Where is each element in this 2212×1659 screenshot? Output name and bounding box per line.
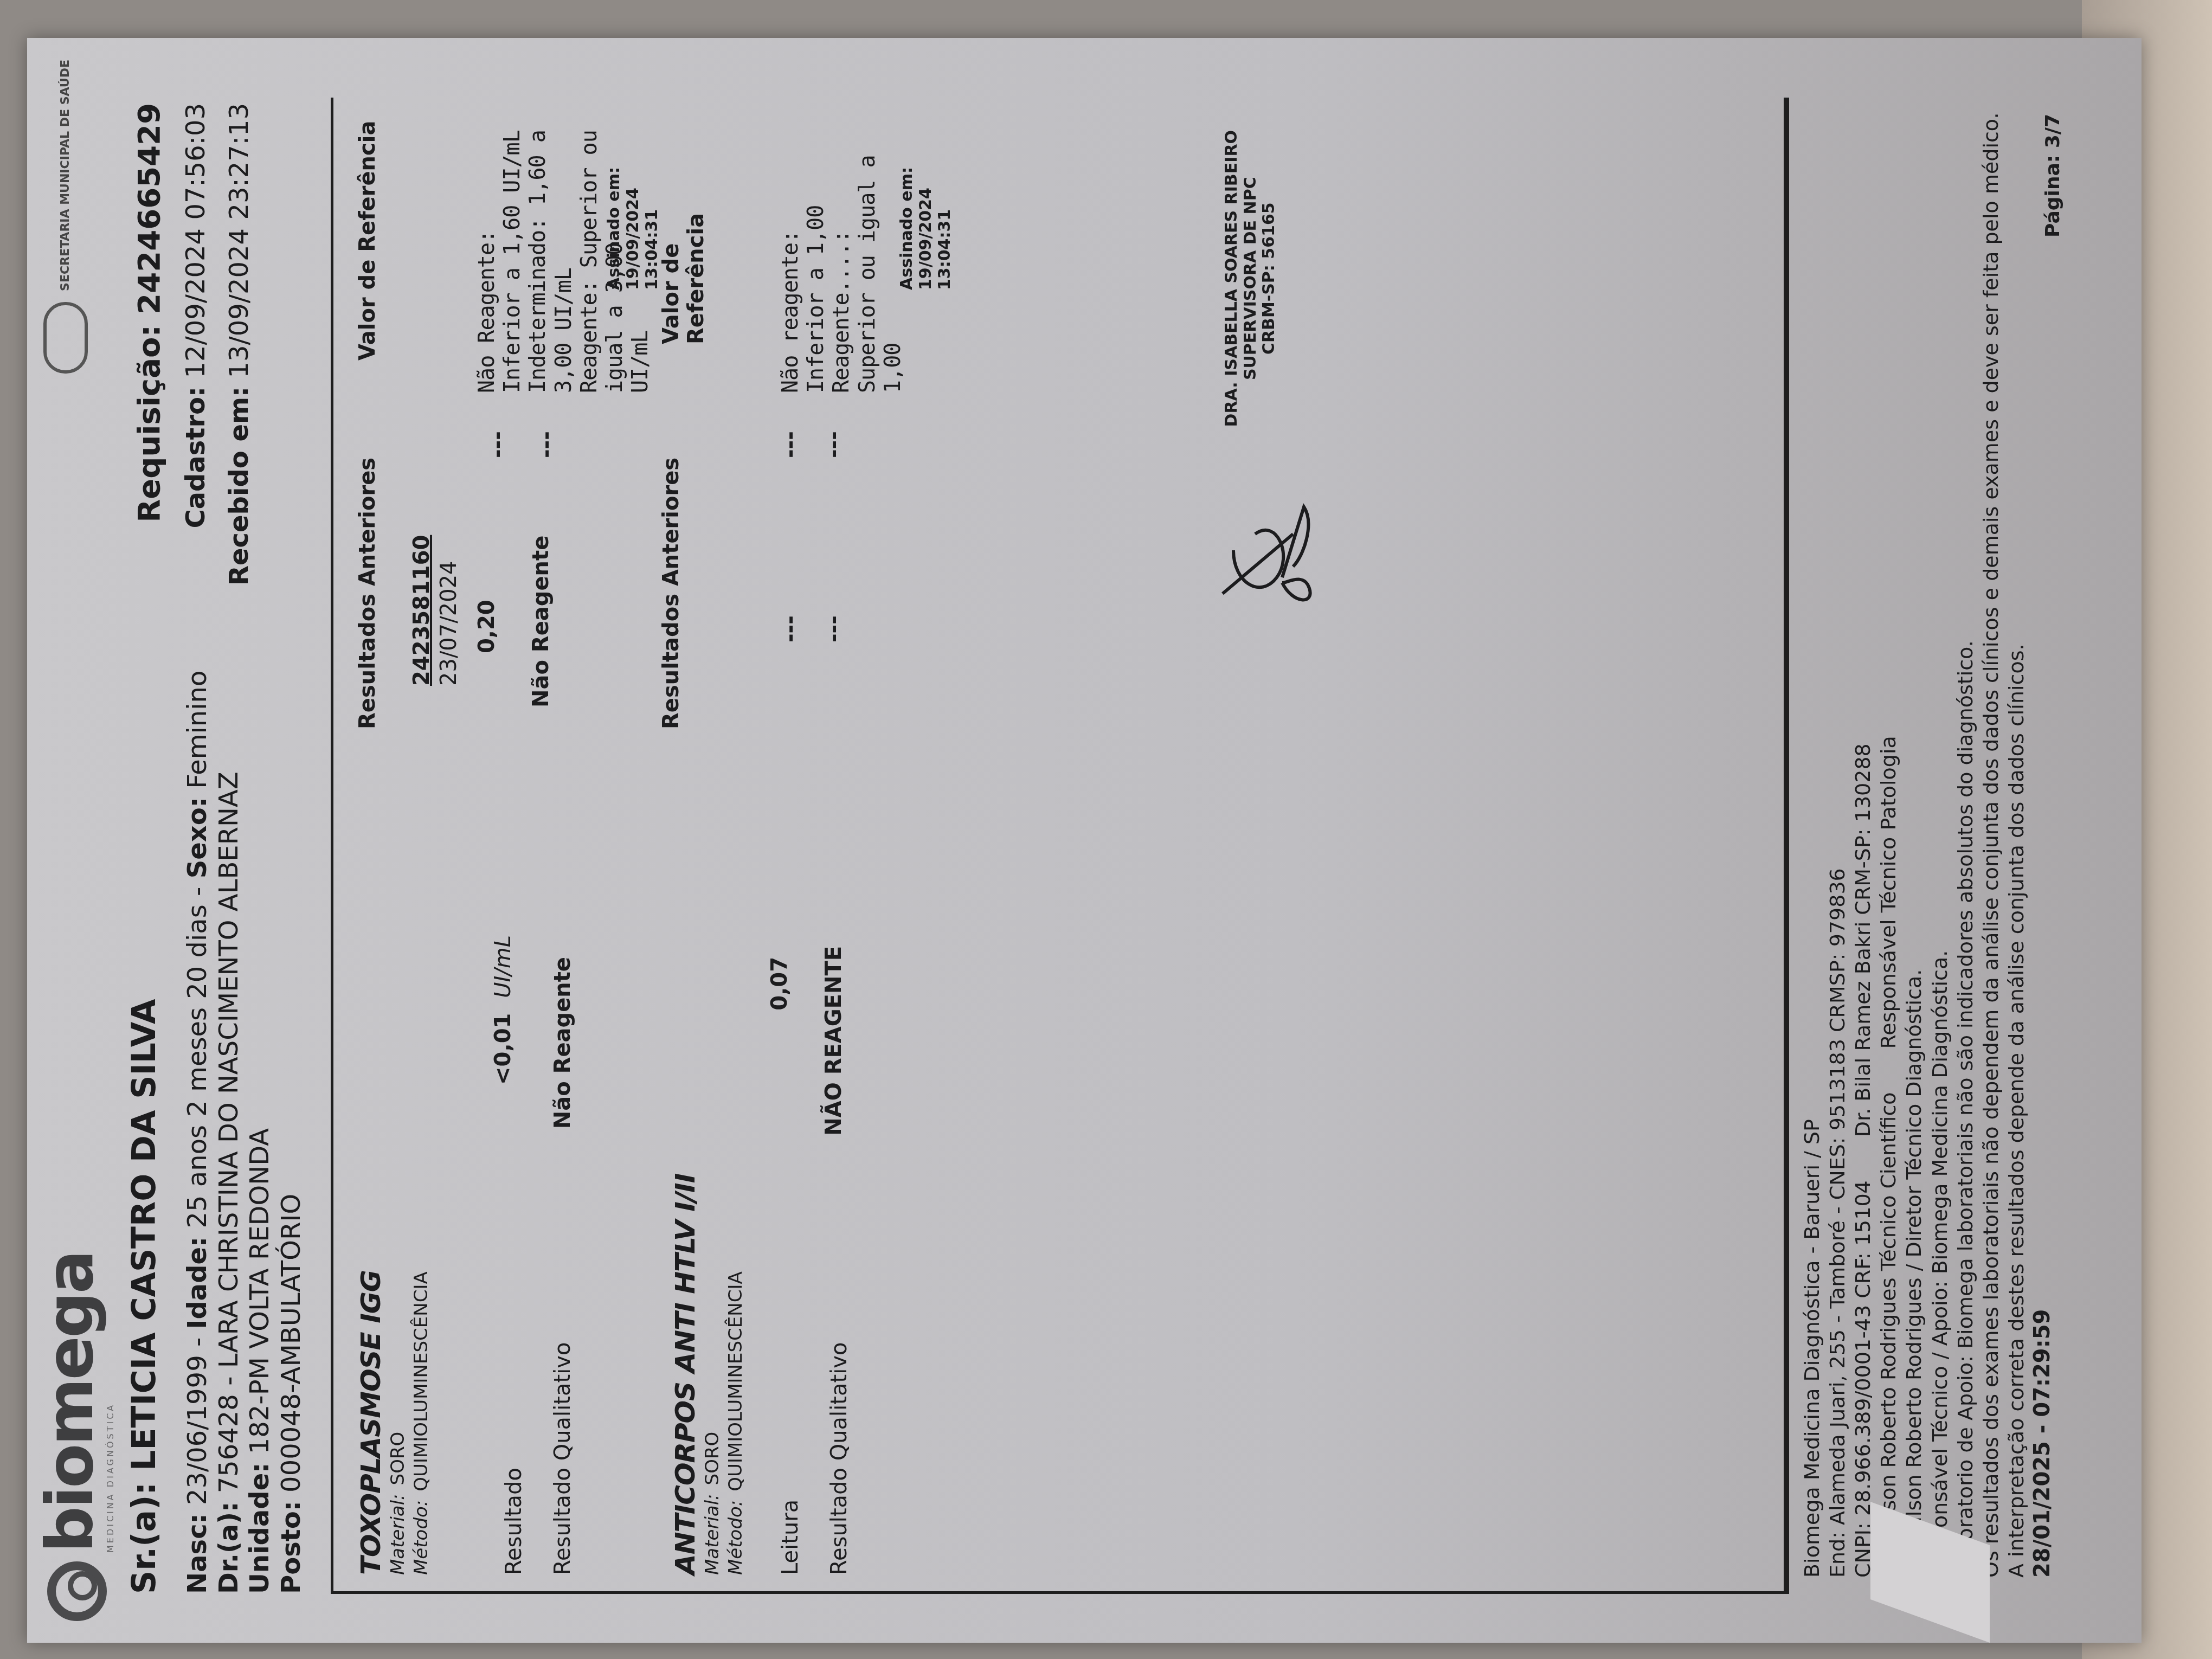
exam-method: Método:QUIMIOLUMINESCÊNCIA	[724, 119, 748, 1575]
trend: ---	[778, 431, 803, 458]
qualitative-result: Não Reagente	[550, 957, 575, 1239]
print-timestamp: 28/01/2025 - 07:29:59	[2029, 114, 2056, 1578]
handwritten-signature-icon	[1212, 496, 1320, 615]
post-row: Posto: 000048-AMBULATÓRIO	[276, 103, 307, 1594]
result-value: <0,01 UI/mL	[491, 935, 516, 1195]
prev-qualitative: Não Reagente	[529, 536, 554, 708]
sex: Feminino	[182, 671, 213, 789]
row-label: Resultado	[501, 1468, 526, 1575]
page-number: Página: 3/7	[2041, 114, 2066, 237]
brand-name: biomega	[38, 1252, 103, 1553]
signer-role: SUPERVISORA DE NPC	[1242, 130, 1261, 427]
trend: ---	[485, 431, 510, 458]
signer-block: DRA. ISABELLA SOARES RIBEIRO SUPERVISORA…	[1223, 130, 1279, 427]
show-through-reverse-page	[1364, 130, 1743, 1559]
prev-qualitative: ---	[821, 615, 846, 642]
exam-material: Material:SORO	[387, 119, 410, 1575]
doctor: 756428 - LARA CHRISTINA DO NASCIMENTO AL…	[214, 771, 244, 1493]
trend: ---	[534, 431, 559, 458]
received-row: Recebido em: 13/09/2024 23:27:13	[218, 103, 261, 586]
post: 000048-AMBULATÓRIO	[276, 1194, 306, 1493]
row-label: Resultado Qualitativo	[550, 1342, 575, 1575]
municipal-emblem-icon	[43, 302, 88, 374]
pathology-responsible: Dr. Bilal Ramez Bakri CRM-SP: 130288	[1850, 743, 1876, 1137]
request-number-row: Requisição: 2424665429	[125, 103, 175, 586]
request-number: 2424665429	[132, 103, 167, 314]
age: 25 anos 2 meses 20 dias	[182, 904, 213, 1228]
biomega-logo: biomega MEDICINA DIAGNÓSTICA	[38, 1252, 115, 1621]
biomega-logo-icon	[47, 1561, 107, 1621]
request-info: Requisição: 2424665429 Cadastro: 12/09/2…	[125, 103, 261, 586]
signer-registry: CRBM-SP: 56165	[1260, 130, 1279, 427]
row-label: Resultado Qualitativo	[827, 1342, 852, 1575]
prev-request-number: 2423581160	[409, 535, 434, 686]
lab-footer: Biomega Medicina Diagnóstica - Barueri /…	[1784, 98, 2066, 1594]
qualitative-result: NÃO REAGENTE	[821, 946, 846, 1174]
reference-header: Valor de Referência	[355, 121, 380, 361]
prev-value: 0,20	[474, 600, 499, 653]
birth-date: 23/06/1999	[182, 1355, 213, 1505]
exam-htlv: ANTICORPOS ANTI HTLV I/II Material:SORO …	[670, 119, 973, 1575]
exam-toxoplasmose: TOXOPLASMOSE IGG Material:SORO Método:QU…	[355, 119, 659, 1575]
results-box: TOXOPLASMOSE IGG Material:SORO Método:QU…	[331, 98, 1789, 1594]
received-date: 13/09/2024 23:27:13	[224, 103, 254, 378]
lab-report-page: biomega MEDICINA DIAGNÓSTICA SECRETARIA …	[27, 38, 2142, 1643]
exam-method: Método:QUIMIOLUMINESCÊNCIA	[410, 119, 433, 1575]
prev-results-header: Resultados Anteriores	[659, 458, 684, 729]
partner-logo: SECRETARIA MUNICIPAL DE SAÚDE	[43, 60, 88, 374]
reference-header: Valor de Referência	[659, 119, 709, 344]
signed-timestamp: Assinado em: 19/09/2024 13:04:31	[897, 119, 954, 290]
signer-name: DRA. ISABELLA SOARES RIBEIRO	[1223, 130, 1242, 427]
reference-values: Não reagente: Inferior a 1,00 Reagente..…	[778, 119, 906, 393]
reading-value: 0,07	[767, 957, 792, 1087]
cadastro-date: 12/09/2024 07:56:03	[181, 103, 211, 378]
partner-name: SECRETARIA MUNICIPAL DE SAÚDE	[59, 60, 72, 291]
cadastro-row: Cadastro: 12/09/2024 07:56:03	[175, 103, 217, 586]
prev-date: 23/07/2024	[436, 561, 461, 686]
trend: ---	[821, 431, 846, 458]
patient-name: LETICIA CASTRO DA SILVA	[125, 999, 163, 1470]
prev-results-header: Resultados Anteriores	[355, 458, 380, 729]
prev-value: ---	[778, 615, 803, 642]
row-label: Leitura	[778, 1500, 803, 1575]
unit: 182-PM VOLTA REDONDA	[245, 1128, 275, 1454]
signed-timestamp: Assinado em: 19/09/2024 13:04:31	[605, 119, 661, 290]
